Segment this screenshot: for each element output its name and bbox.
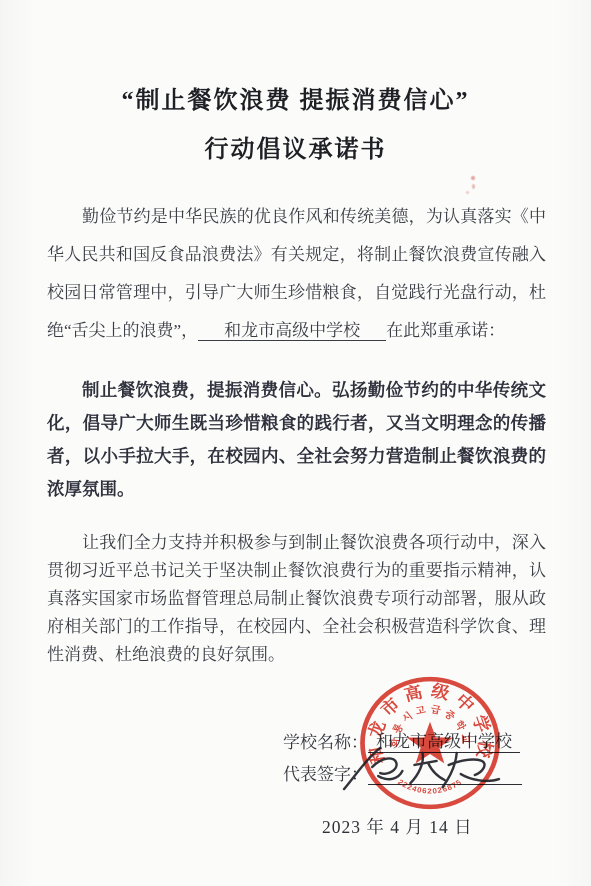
paragraph-opening: 勤俭节约是中华民族的优良作风和传统美德，为认真落实《中华人民共和国反食品浪费法》… xyxy=(47,198,546,350)
school-name-inline-blank: 和龙市高级中学校 xyxy=(198,321,386,341)
paragraph-action: 让我们全力支持并积极参与到制止餐饮浪费各项行动中，深入贯彻习近平总书记关于坚决制… xyxy=(47,529,546,669)
paragraph-pledge: 制止餐饮浪费，提振消费信心。弘扬勤俭节约的中华传统文化，倡导广大师生既当珍惜粮食… xyxy=(47,374,546,506)
document-title-line1: “制止餐饮浪费 提振消费信心” xyxy=(0,80,591,115)
pledge-document-page: “制止餐饮浪费 提振消费信心” 行动倡议承诺书 勤俭节约是中华民族的优良作风和传… xyxy=(0,0,591,886)
red-ink-smudge xyxy=(466,176,480,196)
commitment-date: 2023 年 4 月 14 日 xyxy=(322,814,473,839)
signature-scribble xyxy=(338,742,504,796)
document-title-line2: 行动倡议承诺书 xyxy=(0,129,591,164)
paragraph-opening-tail: 在此郑重承诺： xyxy=(386,321,505,340)
